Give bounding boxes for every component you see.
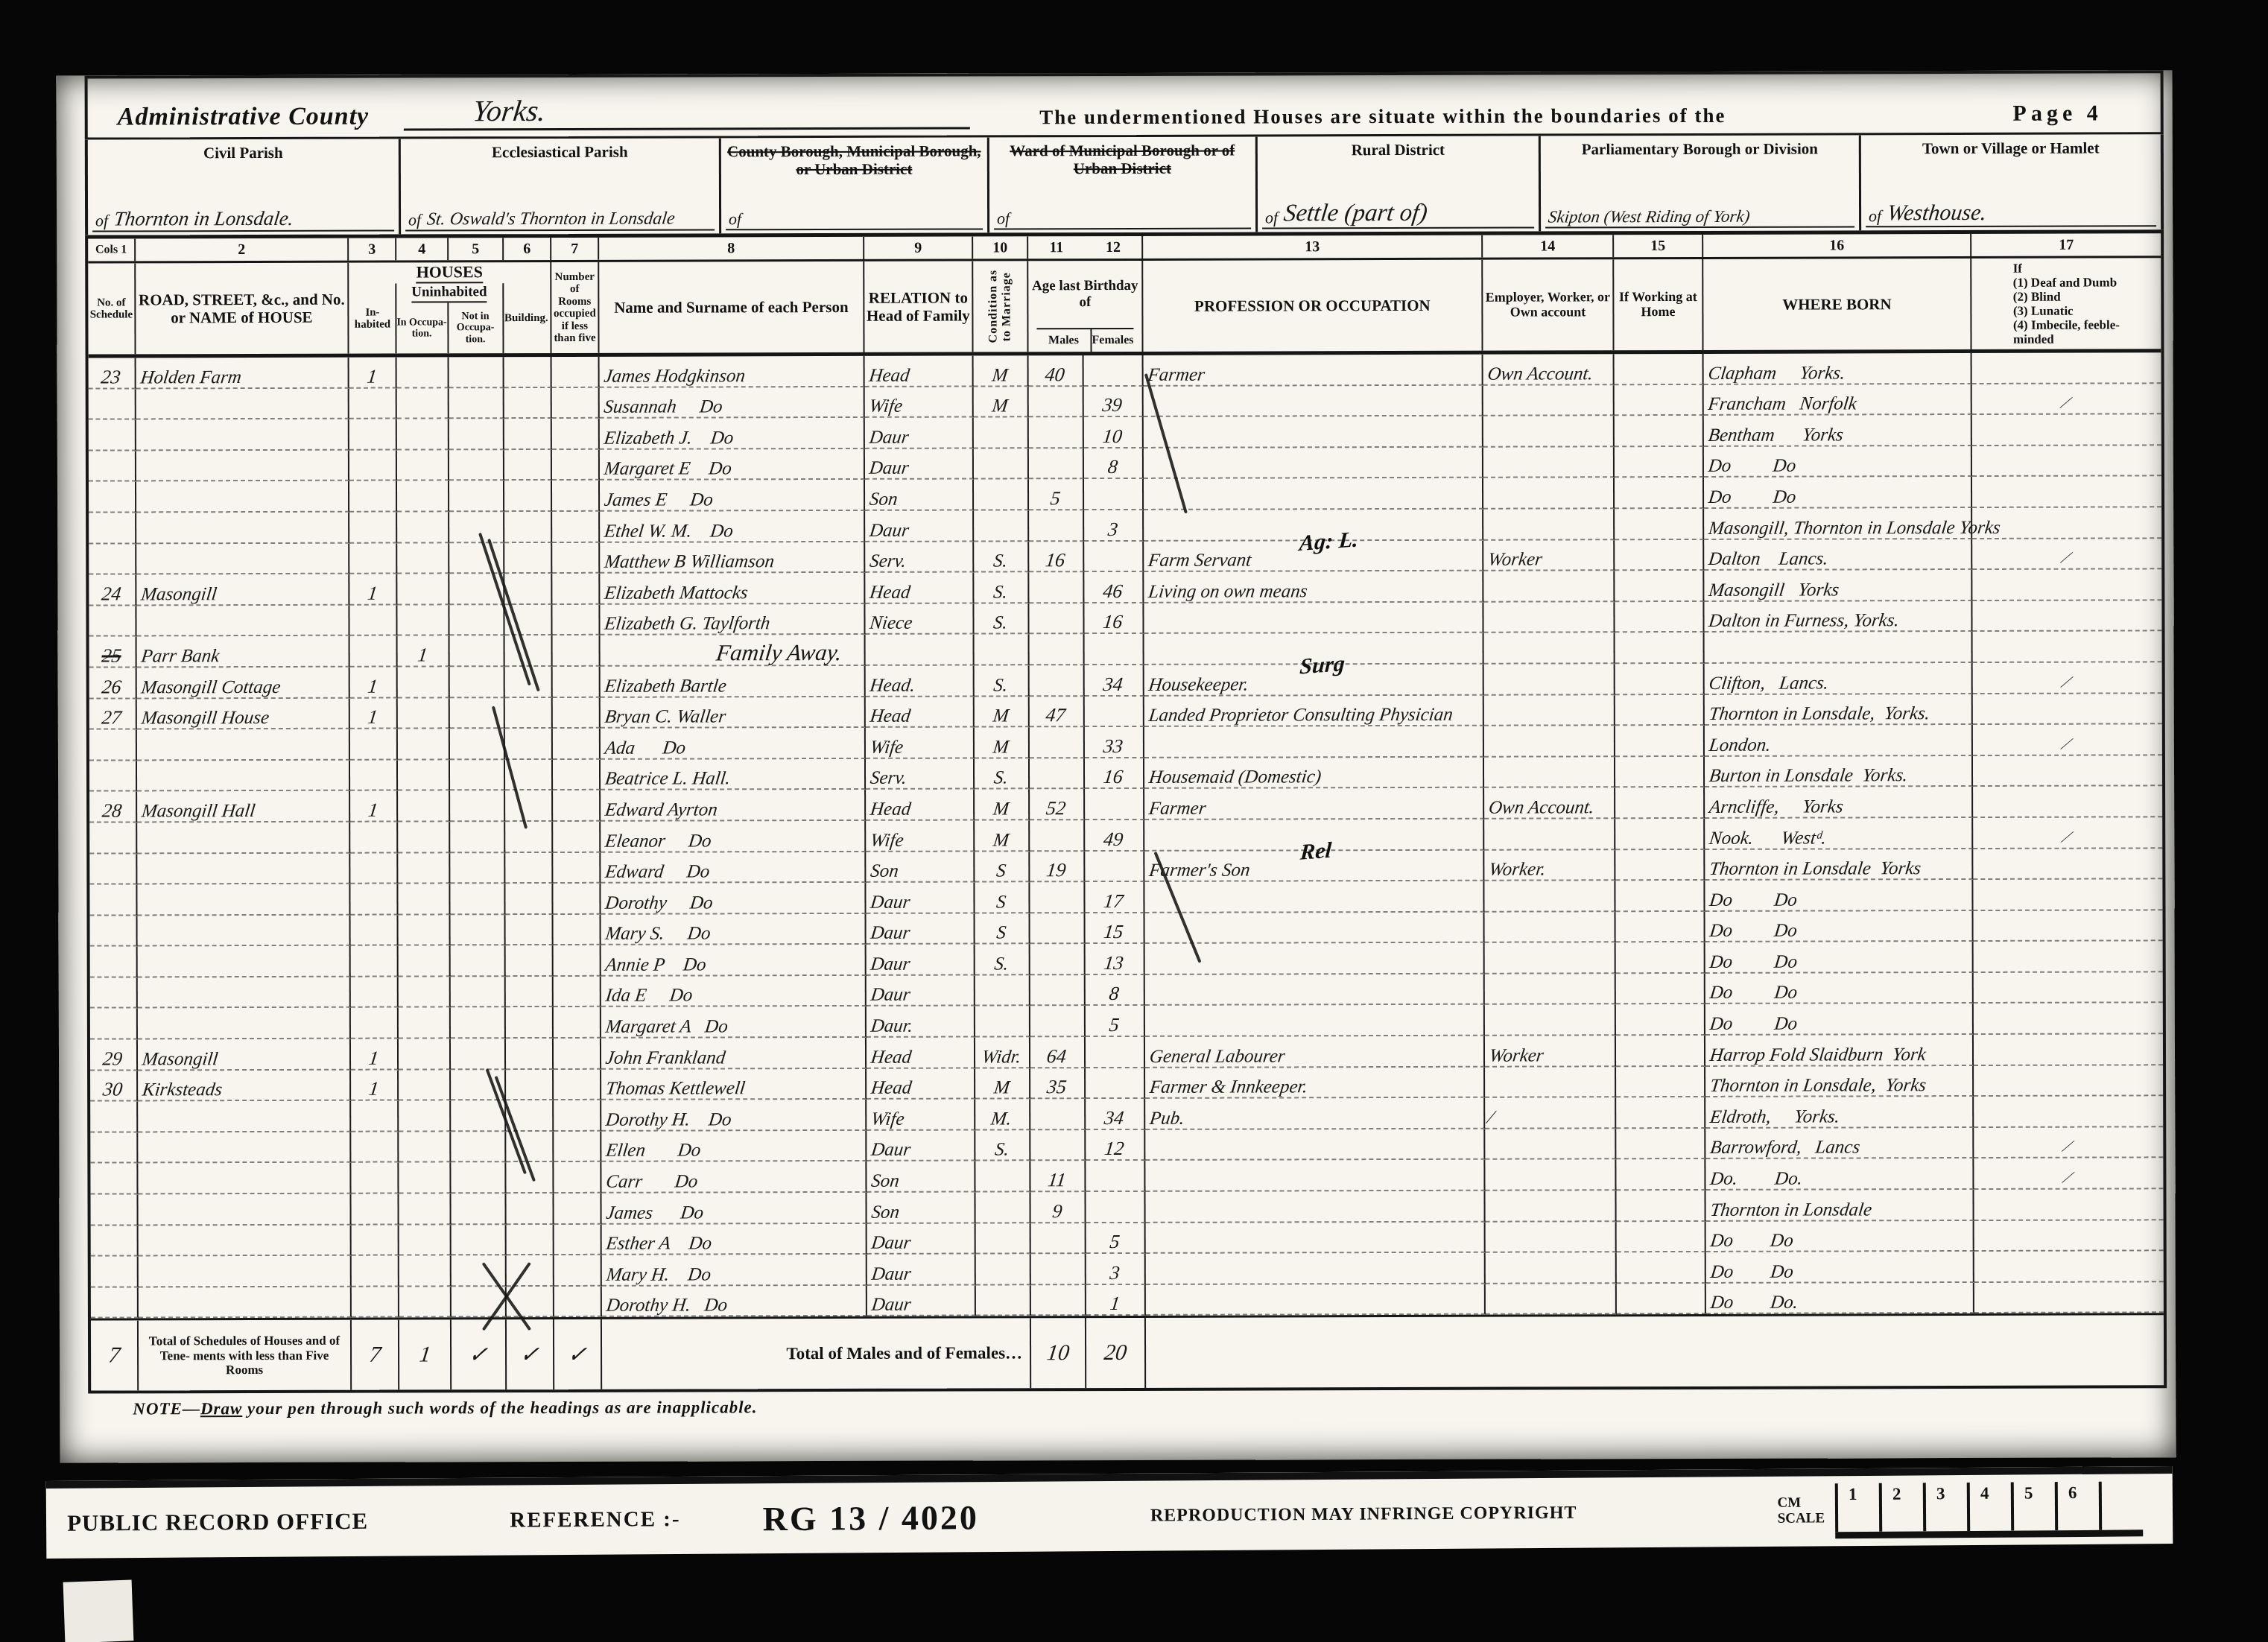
handwritten-entry: Ida E Do bbox=[604, 986, 694, 1005]
cell-home bbox=[1617, 1252, 1706, 1284]
handwritten-entry: 30 bbox=[102, 1080, 124, 1100]
cell-af: 5 bbox=[1086, 1006, 1145, 1037]
cell-u1 bbox=[398, 822, 450, 853]
cell-occ: Farmer & Innkeeper. bbox=[1145, 1067, 1485, 1099]
handwritten-entry: M bbox=[992, 706, 1010, 725]
cell-b bbox=[505, 698, 553, 729]
cell-u1 bbox=[398, 698, 450, 729]
cell-born: Burton in Lonsdale Yorks. bbox=[1705, 756, 1973, 788]
cell-u1 bbox=[397, 543, 449, 574]
heading-in-occupation: In Occupa-tion. bbox=[396, 302, 449, 353]
handwritten-entry: S. bbox=[992, 552, 1008, 571]
handwritten-entry: M. bbox=[990, 1109, 1013, 1128]
cell-home bbox=[1615, 787, 1705, 819]
cell-n: Ada Do bbox=[601, 728, 866, 760]
cell-rel: Head bbox=[867, 1068, 975, 1100]
field-rural-district: Rural District of Settle (part of) bbox=[1258, 136, 1541, 232]
cell-n: Family Away. bbox=[601, 635, 866, 667]
cell-occ bbox=[1144, 881, 1484, 913]
cell-r bbox=[553, 822, 601, 853]
table-row: Ida E DoDaur8Do Do bbox=[90, 972, 2163, 1009]
cell-h bbox=[138, 977, 351, 1009]
handwritten-entry: Annie P Do bbox=[604, 955, 707, 974]
cell-u1 bbox=[399, 1163, 451, 1194]
handwritten-entry: 1 bbox=[367, 708, 378, 727]
cell-n: Beatrice L. Hall. bbox=[601, 759, 866, 791]
handwritten-entry: John Frankland bbox=[605, 1048, 726, 1067]
handwritten-entry: Thomas Kettlewell bbox=[605, 1080, 747, 1098]
cell-rel: Son bbox=[866, 852, 975, 883]
cell-r bbox=[552, 387, 600, 419]
handwritten-entry: Farmer bbox=[1147, 365, 1206, 384]
cell-h bbox=[137, 760, 350, 791]
table-row: 27Masongill House1Bryan C. WallerHeadM47… bbox=[89, 694, 2162, 730]
cell-h bbox=[139, 1225, 352, 1256]
cell-am bbox=[1029, 603, 1084, 635]
cell-u2 bbox=[451, 1194, 506, 1225]
cell-s bbox=[89, 606, 136, 637]
heading-name: Name and Surname of each Person bbox=[599, 261, 864, 353]
cell-tick bbox=[1974, 1034, 2163, 1065]
handwritten-entry: Daur bbox=[869, 986, 911, 1004]
cell-h bbox=[136, 605, 349, 636]
cell-rel: Head bbox=[866, 790, 975, 821]
cell-rel: Daur bbox=[865, 510, 974, 542]
cell-home bbox=[1615, 881, 1705, 912]
cell-s bbox=[91, 1287, 139, 1319]
cm-scale-label: CM SCALE bbox=[1778, 1495, 1825, 1527]
handwritten-entry: Head. bbox=[869, 676, 916, 694]
cell-h bbox=[138, 1163, 351, 1194]
table-row: Ada DoWifeM33London.∕ bbox=[89, 724, 2162, 761]
note-rest: your pen through such words of the headi… bbox=[242, 1398, 757, 1418]
cell-rel: Head bbox=[865, 355, 974, 387]
heading-employer: Employer, Worker, or Own account bbox=[1483, 259, 1614, 350]
handwritten-entry: James E Do bbox=[604, 490, 715, 509]
cell-u2 bbox=[450, 884, 505, 915]
cell-c bbox=[976, 1285, 1031, 1316]
handwritten-entry: S bbox=[995, 924, 1007, 942]
heading-infirmity: If (1) Deaf and Dumb (2) Blind (3) Lunat… bbox=[1971, 258, 2161, 349]
cell-u1 bbox=[398, 853, 450, 884]
cell-am bbox=[1030, 882, 1085, 913]
handwritten-entry: ∕ bbox=[2062, 549, 2071, 568]
cell-u1 bbox=[397, 357, 449, 388]
handwritten-entry: Elizabeth J. Do bbox=[603, 428, 735, 447]
cell-born: Do Do bbox=[1705, 911, 1974, 943]
colnum: 10 bbox=[973, 236, 1028, 259]
cell-born: Masongill Yorks bbox=[1704, 570, 1972, 602]
handwritten-entry: 19 bbox=[1045, 860, 1067, 880]
cell-tick bbox=[1974, 1097, 2163, 1128]
page-number: Page 4 bbox=[2013, 101, 2147, 126]
handwritten-entry: ∕ bbox=[1489, 1109, 1494, 1127]
cell-s bbox=[89, 544, 136, 575]
handwritten-entry: 3 bbox=[1109, 1264, 1121, 1283]
cell-rel: Head bbox=[867, 1038, 975, 1069]
cell-u2 bbox=[451, 1100, 506, 1132]
cell-home bbox=[1616, 1036, 1705, 1067]
cell-am bbox=[1029, 387, 1084, 418]
cell-r bbox=[552, 542, 600, 574]
cell-s: 30 bbox=[90, 1071, 138, 1102]
cell-h: Masongill bbox=[136, 574, 349, 606]
cell-rel: Daur bbox=[865, 448, 974, 480]
cell-af bbox=[1085, 634, 1144, 665]
cell-i bbox=[351, 1008, 399, 1039]
cell-born: Eldroth, Yorks. bbox=[1705, 1097, 1974, 1129]
cell-af: 8 bbox=[1084, 448, 1144, 480]
cell-r bbox=[554, 1224, 602, 1255]
handwritten-entry: Housekeeper. bbox=[1147, 675, 1249, 694]
cell-u1 bbox=[399, 1039, 451, 1070]
cell-born: Do Do bbox=[1705, 973, 1974, 1005]
cell-b bbox=[505, 852, 553, 884]
cell-tick: ∕ bbox=[1973, 662, 2162, 694]
cell-occ bbox=[1145, 1005, 1485, 1037]
cell-n: James E Do bbox=[600, 480, 865, 512]
handwritten-entry: Nook. Westᵈ. bbox=[1708, 828, 1828, 847]
cell-born: Dalton Lancs. bbox=[1704, 539, 1972, 571]
cell-u2 bbox=[452, 1225, 507, 1256]
field-label: Town or Village or Hamlet bbox=[1866, 139, 2156, 157]
cell-occ bbox=[1146, 1222, 1486, 1254]
cell-c: S bbox=[975, 882, 1030, 913]
handwritten-entry: Head bbox=[868, 366, 910, 384]
handwritten-entry: Barrowford, Lancs bbox=[1709, 1138, 1861, 1158]
cell-emp bbox=[1486, 1222, 1617, 1253]
cell-rel: Wife bbox=[867, 1100, 975, 1131]
cell-occ bbox=[1145, 974, 1485, 1007]
cell-r bbox=[554, 1069, 601, 1100]
cell-c bbox=[975, 975, 1030, 1007]
cell-rel: Head bbox=[866, 697, 975, 728]
handwritten-entry: 1 bbox=[367, 800, 378, 820]
handwritten-entry: 49 bbox=[1103, 829, 1124, 849]
cell-af bbox=[1086, 1192, 1145, 1223]
cm-scale-tick bbox=[2099, 1481, 2143, 1530]
cell-r bbox=[552, 574, 600, 605]
note-prefix: NOTE— bbox=[133, 1400, 200, 1418]
handwritten-entry: Head bbox=[869, 707, 911, 726]
cell-tick bbox=[1974, 1004, 2163, 1035]
heading-inhabited: In-habited bbox=[350, 284, 396, 354]
cell-rel: Head bbox=[865, 573, 974, 604]
cell-af bbox=[1086, 1037, 1145, 1068]
cell-h: Parr Bank bbox=[137, 636, 350, 668]
cell-h bbox=[136, 388, 349, 419]
handwritten-entry: 27 bbox=[101, 709, 122, 728]
heading-not-in-occupation: Not in Occupa-tion. bbox=[449, 302, 502, 353]
cm-scale-tick: 2 bbox=[1879, 1483, 1923, 1531]
cell-h bbox=[136, 481, 349, 513]
admin-county-row: Administrative County Yorks. The underme… bbox=[85, 70, 2164, 139]
cell-i bbox=[349, 543, 397, 574]
cell-b bbox=[506, 1007, 554, 1039]
table-row: 23Holden Farm1James HodgkinsonHeadM40Far… bbox=[89, 352, 2161, 389]
colnum: 12 bbox=[1106, 238, 1121, 256]
cell-born: Dalton in Furness, Yorks. bbox=[1704, 601, 1972, 633]
table-row: 29Masongill1John FranklandHeadWidr.64Gen… bbox=[90, 1034, 2163, 1071]
cell-emp bbox=[1485, 1191, 1616, 1222]
handwritten-entry: Family Away. bbox=[715, 641, 843, 664]
cell-s: 24 bbox=[89, 575, 136, 606]
cell-occ bbox=[1146, 1284, 1486, 1316]
handwritten-entry: 24 bbox=[101, 584, 122, 603]
cell-tick bbox=[1974, 1282, 2164, 1313]
cell-emp bbox=[1486, 1252, 1617, 1284]
handwritten-entry: 13 bbox=[1103, 954, 1124, 973]
table-row: 28Masongill Hall1Edward AyrtonHeadM52Far… bbox=[89, 787, 2162, 823]
cell-born: Do Do bbox=[1705, 880, 1973, 912]
handwritten-entry: Niece bbox=[869, 614, 913, 633]
heading-rooms: Number of Rooms occupied if less than fi… bbox=[551, 262, 599, 353]
handwritten-entry: 40 bbox=[1044, 365, 1065, 384]
handwritten-entry: 25 bbox=[101, 646, 122, 665]
cell-n: Dorothy H. Do bbox=[601, 1100, 867, 1132]
cell-i bbox=[352, 1256, 399, 1287]
totals-not-in-occupation: ✓ bbox=[467, 1342, 489, 1368]
cell-rel: Wife bbox=[866, 728, 975, 759]
table-row: 24Masongill1Elizabeth MattocksHeadS.46Li… bbox=[89, 569, 2161, 606]
cell-born: Thornton in Lonsdale bbox=[1705, 1190, 1974, 1222]
handwritten-entry: Do Do. bbox=[1709, 1293, 1799, 1312]
cell-b bbox=[506, 1194, 554, 1225]
cm-scale-tick: 6 bbox=[2055, 1482, 2099, 1530]
cell-i bbox=[349, 388, 397, 419]
field-value: Settle (part of) bbox=[1282, 200, 1429, 228]
cell-emp bbox=[1484, 726, 1615, 757]
cell-rel: Serv. bbox=[865, 542, 974, 573]
cell-home bbox=[1615, 757, 1705, 788]
cell-home bbox=[1617, 1222, 1706, 1253]
cell-h bbox=[139, 1256, 352, 1287]
totals-inhabited: 7 bbox=[368, 1343, 382, 1368]
cell-i: 1 bbox=[351, 1070, 399, 1101]
cell-h: Masongill Cottage bbox=[137, 668, 350, 699]
heading-females: Females bbox=[1092, 329, 1133, 352]
cell-emp: Own Account. bbox=[1483, 354, 1615, 385]
cell-rel: Daur bbox=[866, 883, 975, 914]
cell-c: S. bbox=[975, 758, 1030, 790]
handwritten-entry: 47 bbox=[1045, 706, 1066, 725]
cell-n: Dorothy H. Do bbox=[602, 1286, 867, 1318]
cell-n: Mary S. Do bbox=[601, 914, 867, 946]
handwritten-entry: General Labourer bbox=[1149, 1047, 1287, 1065]
cell-i bbox=[351, 1163, 399, 1194]
cell-i: 1 bbox=[351, 1039, 399, 1071]
cm-scale-tick: 3 bbox=[1923, 1483, 1967, 1531]
cell-i bbox=[351, 1101, 399, 1132]
handwritten-entry: Edward Ayrton bbox=[604, 800, 719, 819]
cell-n: Elizabeth Bartle bbox=[601, 666, 866, 698]
handwritten-entry: 34 bbox=[1103, 1109, 1125, 1128]
cell-i: 1 bbox=[349, 574, 397, 606]
handwritten-entry: Do Do bbox=[1708, 488, 1797, 507]
cell-n: James Do bbox=[601, 1193, 867, 1225]
colnum: 4 bbox=[396, 238, 449, 260]
cell-home bbox=[1615, 385, 1704, 416]
totals-rooms: ✓ bbox=[566, 1342, 588, 1368]
cell-b bbox=[506, 977, 554, 1008]
cell-home bbox=[1616, 912, 1705, 943]
cell-u2 bbox=[450, 635, 505, 667]
cell-i bbox=[351, 946, 399, 977]
handwritten-entry: Daur bbox=[868, 428, 910, 447]
handwritten-entry: 1 bbox=[367, 1080, 379, 1099]
cell-s: 25 bbox=[89, 637, 137, 668]
cell-b bbox=[504, 357, 552, 388]
handwritten-entry: Landed Proprietor Consulting Physician bbox=[1147, 706, 1454, 725]
column-heading-row: No. of Schedule ROAD, STREET, &c., and N… bbox=[88, 258, 2161, 358]
cell-n: Elizabeth G. Taylforth bbox=[600, 604, 865, 636]
cell-am bbox=[1029, 510, 1084, 542]
field-ecclesiastical-parish: Ecclesiastical Parish of St. Oswald's Th… bbox=[401, 138, 721, 234]
cell-born: Do Do bbox=[1704, 477, 1972, 509]
cell-occ: Farmer bbox=[1144, 788, 1484, 820]
cell-u2 bbox=[450, 790, 505, 822]
cell-tick bbox=[1974, 1220, 2164, 1252]
handwritten-entry: ∕ bbox=[2062, 394, 2071, 413]
handwritten-entry: Ethel W. M. Do bbox=[604, 522, 735, 540]
cell-emp: Own Account. bbox=[1484, 788, 1615, 820]
heading-uninhabited: Uninhabited bbox=[411, 283, 487, 302]
table-row: 30Kirksteads1Thomas KettlewellHeadM35Far… bbox=[90, 1065, 2163, 1102]
cell-am: 64 bbox=[1030, 1037, 1086, 1068]
handwritten-entry: Farmer bbox=[1148, 799, 1207, 818]
totals-females: 20 bbox=[1103, 1340, 1128, 1366]
cell-rel: Niece bbox=[865, 603, 974, 635]
cell-r bbox=[553, 635, 601, 667]
handwritten-entry: Bryan C. Waller bbox=[604, 707, 726, 726]
cell-af: 5 bbox=[1086, 1223, 1146, 1255]
handwritten-entry: Pub. bbox=[1149, 1109, 1186, 1128]
cell-n: Elizabeth J. Do bbox=[600, 418, 865, 450]
table-row: Ellen DoDaurS.12Barrowford, Lancs∕ bbox=[90, 1127, 2163, 1164]
cell-b bbox=[506, 1039, 554, 1070]
colnum: 5 bbox=[449, 238, 504, 260]
cell-i bbox=[349, 481, 397, 513]
handwritten-entry: Thornton in Lonsdale, Yorks. bbox=[1708, 704, 1930, 723]
cell-i bbox=[352, 1225, 399, 1256]
totals-label: Total of Schedules of Houses and of Tene… bbox=[139, 1320, 352, 1391]
totals-blank bbox=[1146, 1316, 2164, 1389]
cell-emp: Worker bbox=[1485, 1036, 1616, 1067]
handwritten-entry: Matthew B Williamson bbox=[604, 552, 776, 571]
cell-u1 bbox=[399, 977, 451, 1008]
heading-houses: HOUSES bbox=[416, 262, 483, 283]
handwritten-entry: Do Do bbox=[1709, 1231, 1794, 1250]
cell-am bbox=[1029, 448, 1084, 480]
cell-n: Esther A Do bbox=[602, 1224, 867, 1256]
cell-emp bbox=[1486, 1284, 1617, 1315]
handwritten-entry: Beatrice L. Hall. bbox=[604, 770, 732, 788]
of-prefix: of bbox=[1869, 206, 1881, 226]
cm-scale-tick: 5 bbox=[2011, 1482, 2055, 1530]
cell-occ bbox=[1146, 1253, 1486, 1285]
cell-u1 bbox=[399, 915, 451, 946]
cell-rel: Son bbox=[865, 480, 974, 511]
cell-am bbox=[1031, 1223, 1086, 1255]
handwritten-entry: S. bbox=[993, 1141, 1010, 1159]
cell-c: S. bbox=[974, 572, 1029, 603]
cell-c: S. bbox=[974, 542, 1029, 573]
cell-u1 bbox=[399, 1287, 452, 1318]
table-row: James E DoSon5Do Do bbox=[89, 477, 2161, 513]
cell-am bbox=[1030, 1099, 1086, 1130]
cell-af: 12 bbox=[1086, 1130, 1145, 1161]
cell-tick bbox=[1972, 415, 2161, 446]
cell-rel: Daur. bbox=[867, 1007, 975, 1038]
handwritten-entry: Elizabeth Mattocks bbox=[604, 583, 749, 603]
cell-i: 1 bbox=[350, 791, 398, 822]
totals-row: 7 Total of Schedules of Houses and of Te… bbox=[91, 1313, 2164, 1391]
colnum: 2 bbox=[136, 238, 349, 261]
cell-b bbox=[505, 884, 553, 915]
handwritten-entry: Serv. bbox=[869, 552, 907, 571]
cell-home bbox=[1615, 664, 1705, 695]
cell-home bbox=[1615, 416, 1704, 447]
cell-n: Edward Ayrton bbox=[601, 790, 866, 822]
cell-c bbox=[976, 1223, 1031, 1255]
cell-born: Do Do bbox=[1706, 1252, 1974, 1284]
cell-s bbox=[90, 1194, 138, 1226]
handwritten-entry: Mary S. Do bbox=[604, 925, 712, 943]
cell-b bbox=[504, 388, 552, 419]
handwritten-entry: Elizabeth G. Taylforth bbox=[604, 615, 771, 634]
pro-reference-number: RG 13 / 4020 bbox=[762, 1497, 979, 1538]
handwritten-entry: Do Do bbox=[1707, 457, 1796, 475]
cell-am: 11 bbox=[1030, 1161, 1086, 1193]
of-prefix: of bbox=[729, 209, 741, 229]
cell-r bbox=[554, 1194, 601, 1225]
cell-s bbox=[89, 513, 136, 544]
cell-am: 19 bbox=[1030, 852, 1085, 883]
handwritten-entry: 15 bbox=[1103, 922, 1124, 942]
handwritten-entry: 23 bbox=[100, 367, 121, 387]
handwritten-entry: Head bbox=[870, 1079, 913, 1097]
cell-tick bbox=[1974, 1189, 2163, 1220]
handwritten-entry: S bbox=[995, 861, 1007, 880]
cell-rel: Wife bbox=[865, 387, 974, 418]
cell-u1 bbox=[399, 946, 451, 977]
cell-rel: Head. bbox=[866, 665, 975, 697]
cell-u1 bbox=[399, 1101, 451, 1132]
handwritten-entry: 16 bbox=[1102, 767, 1124, 787]
cell-emp bbox=[1484, 633, 1615, 665]
cell-emp bbox=[1484, 757, 1615, 788]
cell-occ: Farmer bbox=[1144, 355, 1483, 387]
cell-s bbox=[90, 1009, 138, 1040]
cell-born: Bentham Yorks bbox=[1704, 415, 1972, 447]
cell-r bbox=[554, 914, 601, 945]
cell-af bbox=[1086, 1068, 1145, 1100]
field-label: Rural District bbox=[1262, 141, 1534, 159]
table-row: Edward DoSonS19Farmer's SonRelWorker.Tho… bbox=[89, 849, 2162, 885]
handwritten-entry: M bbox=[992, 1079, 1010, 1097]
cell-i bbox=[350, 822, 398, 853]
table-row: Margaret E DoDaur8Do Do bbox=[89, 446, 2161, 482]
cell-rel: Wife bbox=[866, 820, 975, 852]
cell-af: 3 bbox=[1084, 510, 1144, 542]
pro-reference-label: REFERENCE :- bbox=[510, 1507, 681, 1533]
table-row: Esther A DoDaur5Do Do bbox=[91, 1220, 2164, 1257]
cell-occ bbox=[1145, 1160, 1485, 1192]
cell-tick bbox=[1972, 477, 2161, 508]
cell-i bbox=[349, 450, 397, 481]
handwritten-entry: ∕ bbox=[2062, 673, 2071, 691]
cell-af bbox=[1085, 851, 1144, 882]
